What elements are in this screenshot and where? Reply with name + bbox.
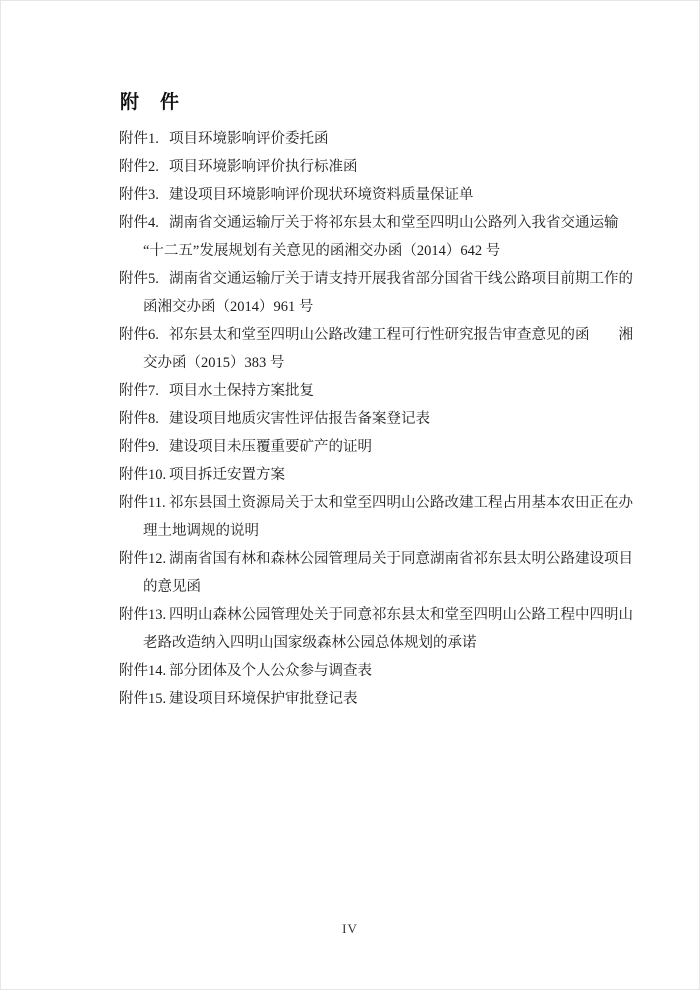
attachment-title-continuation: 的意见函 [143,573,663,601]
attachment-title-text: 建设项目环境保护审批登记表 [169,691,358,707]
attachment-title-text: 建设项目地质灾害性评估报告备案登记表 [169,411,430,427]
attachment-title-continuation: 理土地调规的说明 [143,517,663,545]
attachment-item-4: 附件4.湖南省交通运输厅关于将祁东县太和堂至四明山公路列入我省交通运输 “十二五… [119,209,663,265]
attachment-title-continuation: “十二五”发展规划有关意见的函湘交办函（2014）642 号 [143,237,663,265]
attachment-number: 附件13. [119,601,169,629]
attachment-item-2: 附件2.项目环境影响评价执行标准函 [119,153,663,181]
attachment-title-text: 项目环境影响评价委托函 [169,131,329,147]
attachment-number: 附件15. [119,685,169,713]
attachment-item-13: 附件13.四明山森林公园管理处关于同意祁东县太和堂至四明山公路工程中四明山 老路… [119,601,663,657]
attachment-title-text: 项目环境影响评价执行标准函 [169,159,358,175]
attachment-item-6: 附件6.祁东县太和堂至四明山公路改建工程可行性研究报告审查意见的函 湘 交办函（… [119,321,663,377]
attachment-title-text: 建设项目环境影响评价现状环境资料质量保证单 [169,187,474,203]
attachment-item-1: 附件1.项目环境影响评价委托函 [119,125,663,153]
attachment-title-text: 项目水土保持方案批复 [169,383,314,399]
attachment-title-continuation: 交办函（2015）383 号 [143,349,663,377]
attachment-title-continuation: 函湘交办函（2014）961 号 [143,293,663,321]
attachment-item-7: 附件7.项目水土保持方案批复 [119,377,663,405]
attachment-item-11: 附件11.祁东县国土资源局关于太和堂至四明山公路改建工程占用基本农田正在办 理土… [119,489,663,545]
attachment-title-text: 湖南省国有林和森林公园管理局关于同意湖南省祁东县太明公路建设项目 [169,551,633,567]
attachment-number: 附件4. [119,209,169,237]
page-title: 附 件 [120,87,180,114]
attachment-number: 附件8. [119,405,169,433]
attachment-number: 附件7. [119,377,169,405]
attachment-number: 附件9. [119,433,169,461]
attachment-item-3: 附件3.建设项目环境影响评价现状环境资料质量保证单 [119,181,663,209]
attachment-title-text: 湖南省交通运输厅关于请支持开展我省部分国省干线公路项目前期工作的 [169,271,633,287]
attachment-number: 附件11. [119,489,169,517]
attachment-item-12: 附件12.湖南省国有林和森林公园管理局关于同意湖南省祁东县太明公路建设项目 的意… [119,545,663,601]
attachment-number: 附件2. [119,153,169,181]
attachment-number: 附件10. [119,461,169,489]
attachment-number: 附件6. [119,321,169,349]
attachment-number: 附件5. [119,265,169,293]
attachment-item-14: 附件14.部分团体及个人公众参与调查表 [119,657,663,685]
attachment-number: 附件14. [119,657,169,685]
attachment-title-continuation: 老路改造纳入四明山国家级森林公园总体规划的承诺 [143,629,663,657]
attachment-number: 附件1. [119,125,169,153]
attachment-title-text: 部分团体及个人公众参与调查表 [169,663,372,679]
attachment-title-text: 湖南省交通运输厅关于将祁东县太和堂至四明山公路列入我省交通运输 [169,215,619,231]
attachment-item-9: 附件9.建设项目未压覆重要矿产的证明 [119,433,663,461]
attachment-item-10: 附件10.项目拆迁安置方案 [119,461,663,489]
attachment-number: 附件12. [119,545,169,573]
attachment-title-text: 项目拆迁安置方案 [169,467,285,483]
footer-page-number: IV [1,921,699,937]
attachment-item-8: 附件8.建设项目地质灾害性评估报告备案登记表 [119,405,663,433]
attachment-title-text: 四明山森林公园管理处关于同意祁东县太和堂至四明山公路工程中四明山 [169,607,633,623]
attachment-title-text: 祁东县太和堂至四明山公路改建工程可行性研究报告审查意见的函 湘 [169,327,633,343]
attachment-item-5: 附件5.湖南省交通运输厅关于请支持开展我省部分国省干线公路项目前期工作的 函湘交… [119,265,663,321]
attachment-title-text: 祁东县国土资源局关于太和堂至四明山公路改建工程占用基本农田正在办 [169,495,633,511]
attachment-title-text: 建设项目未压覆重要矿产的证明 [169,439,372,455]
attachment-item-15: 附件15.建设项目环境保护审批登记表 [119,685,663,713]
attachment-list: 附件1.项目环境影响评价委托函 附件2.项目环境影响评价执行标准函 附件3.建设… [119,125,663,713]
document-page: 附 件 附件1.项目环境影响评价委托函 附件2.项目环境影响评价执行标准函 附件… [0,0,700,990]
attachment-number: 附件3. [119,181,169,209]
